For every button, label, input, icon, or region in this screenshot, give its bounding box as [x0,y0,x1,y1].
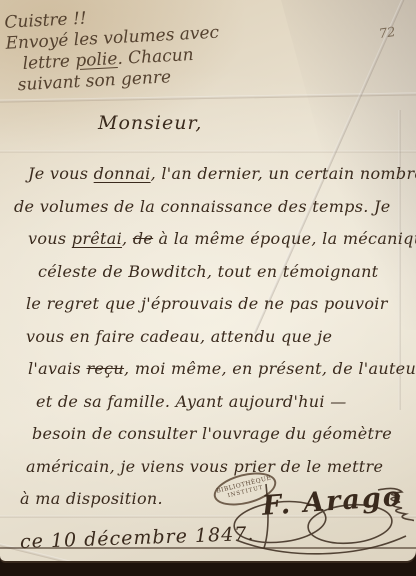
body-line-1: Je vous donnai, l'an dernier, un certain… [28,158,414,191]
text-segment: l'avais [28,359,86,378]
body-line-9: besoin de consulter l'ouvrage du géomètr… [32,418,414,451]
page-number: 72 [378,25,396,42]
text-segment: américain, je viens vous prier de le met… [26,457,383,476]
text-segment: lettre [22,51,76,74]
text-segment: , [122,229,133,248]
text-segment: , moi même, en présent, de l'auteur [124,359,416,378]
text-segment: de [133,229,153,248]
marginal-annotation: Cuistre !!Envoyé les volumes aveclettre … [4,0,268,97]
text-segment: le regret que j'éprouvais de ne pas pouv… [26,294,388,313]
fold-crease [0,150,416,153]
text-segment: de volumes de la connaissance des temps.… [14,197,391,216]
text-segment: céleste de Bowditch, tout en témoignant [38,262,378,281]
body-line-8: et de sa famille. Ayant aujourd'hui — [36,386,414,419]
text-segment: Je vous [28,164,94,183]
body-line-2: de volumes de la connaissance des temps.… [14,191,414,224]
text-segment: , l'an dernier, un certain nombre [151,164,416,183]
text-segment: . Chacun [117,45,194,69]
body-lines: Je vous donnai, l'an dernier, un certain… [14,158,414,516]
salutation: Monsieur, [98,112,202,134]
text-segment: besoin de consulter l'ouvrage du géomètr… [32,424,392,443]
letter-paper: Cuistre !!Envoyé les volumes aveclettre … [0,0,416,561]
body-line-6: vous en faire cadeau, attendu que je [26,321,414,354]
text-segment: et de sa famille. Ayant aujourd'hui — [36,392,347,411]
body-line-4: céleste de Bowditch, tout en témoignant [38,256,414,289]
text-segment: polie [75,49,118,71]
annotation-lines: Cuistre !!Envoyé les volumes aveclettre … [4,0,268,97]
paper-bottom-edge [0,547,416,549]
text-segment: vous en faire cadeau, attendu que je [26,327,332,346]
text-segment: à ma disposition. [20,489,163,508]
text-segment: donnai [94,164,151,183]
text-segment: à la même époque, la mécanique [153,229,416,248]
text-segment: reçu [86,359,124,378]
body-line-7: l'avais reçu, moi même, en présent, de l… [28,353,414,386]
body-line-3: vous prêtai, de à la même époque, la méc… [28,223,414,256]
text-segment: vous [28,229,72,248]
letter-body: Je vous donnai, l'an dernier, un certain… [14,158,414,516]
body-line-5: le regret que j'éprouvais de ne pas pouv… [26,288,414,321]
letter-scan: Cuistre !!Envoyé les volumes aveclettre … [0,0,416,576]
text-segment: prêtai [72,229,122,248]
